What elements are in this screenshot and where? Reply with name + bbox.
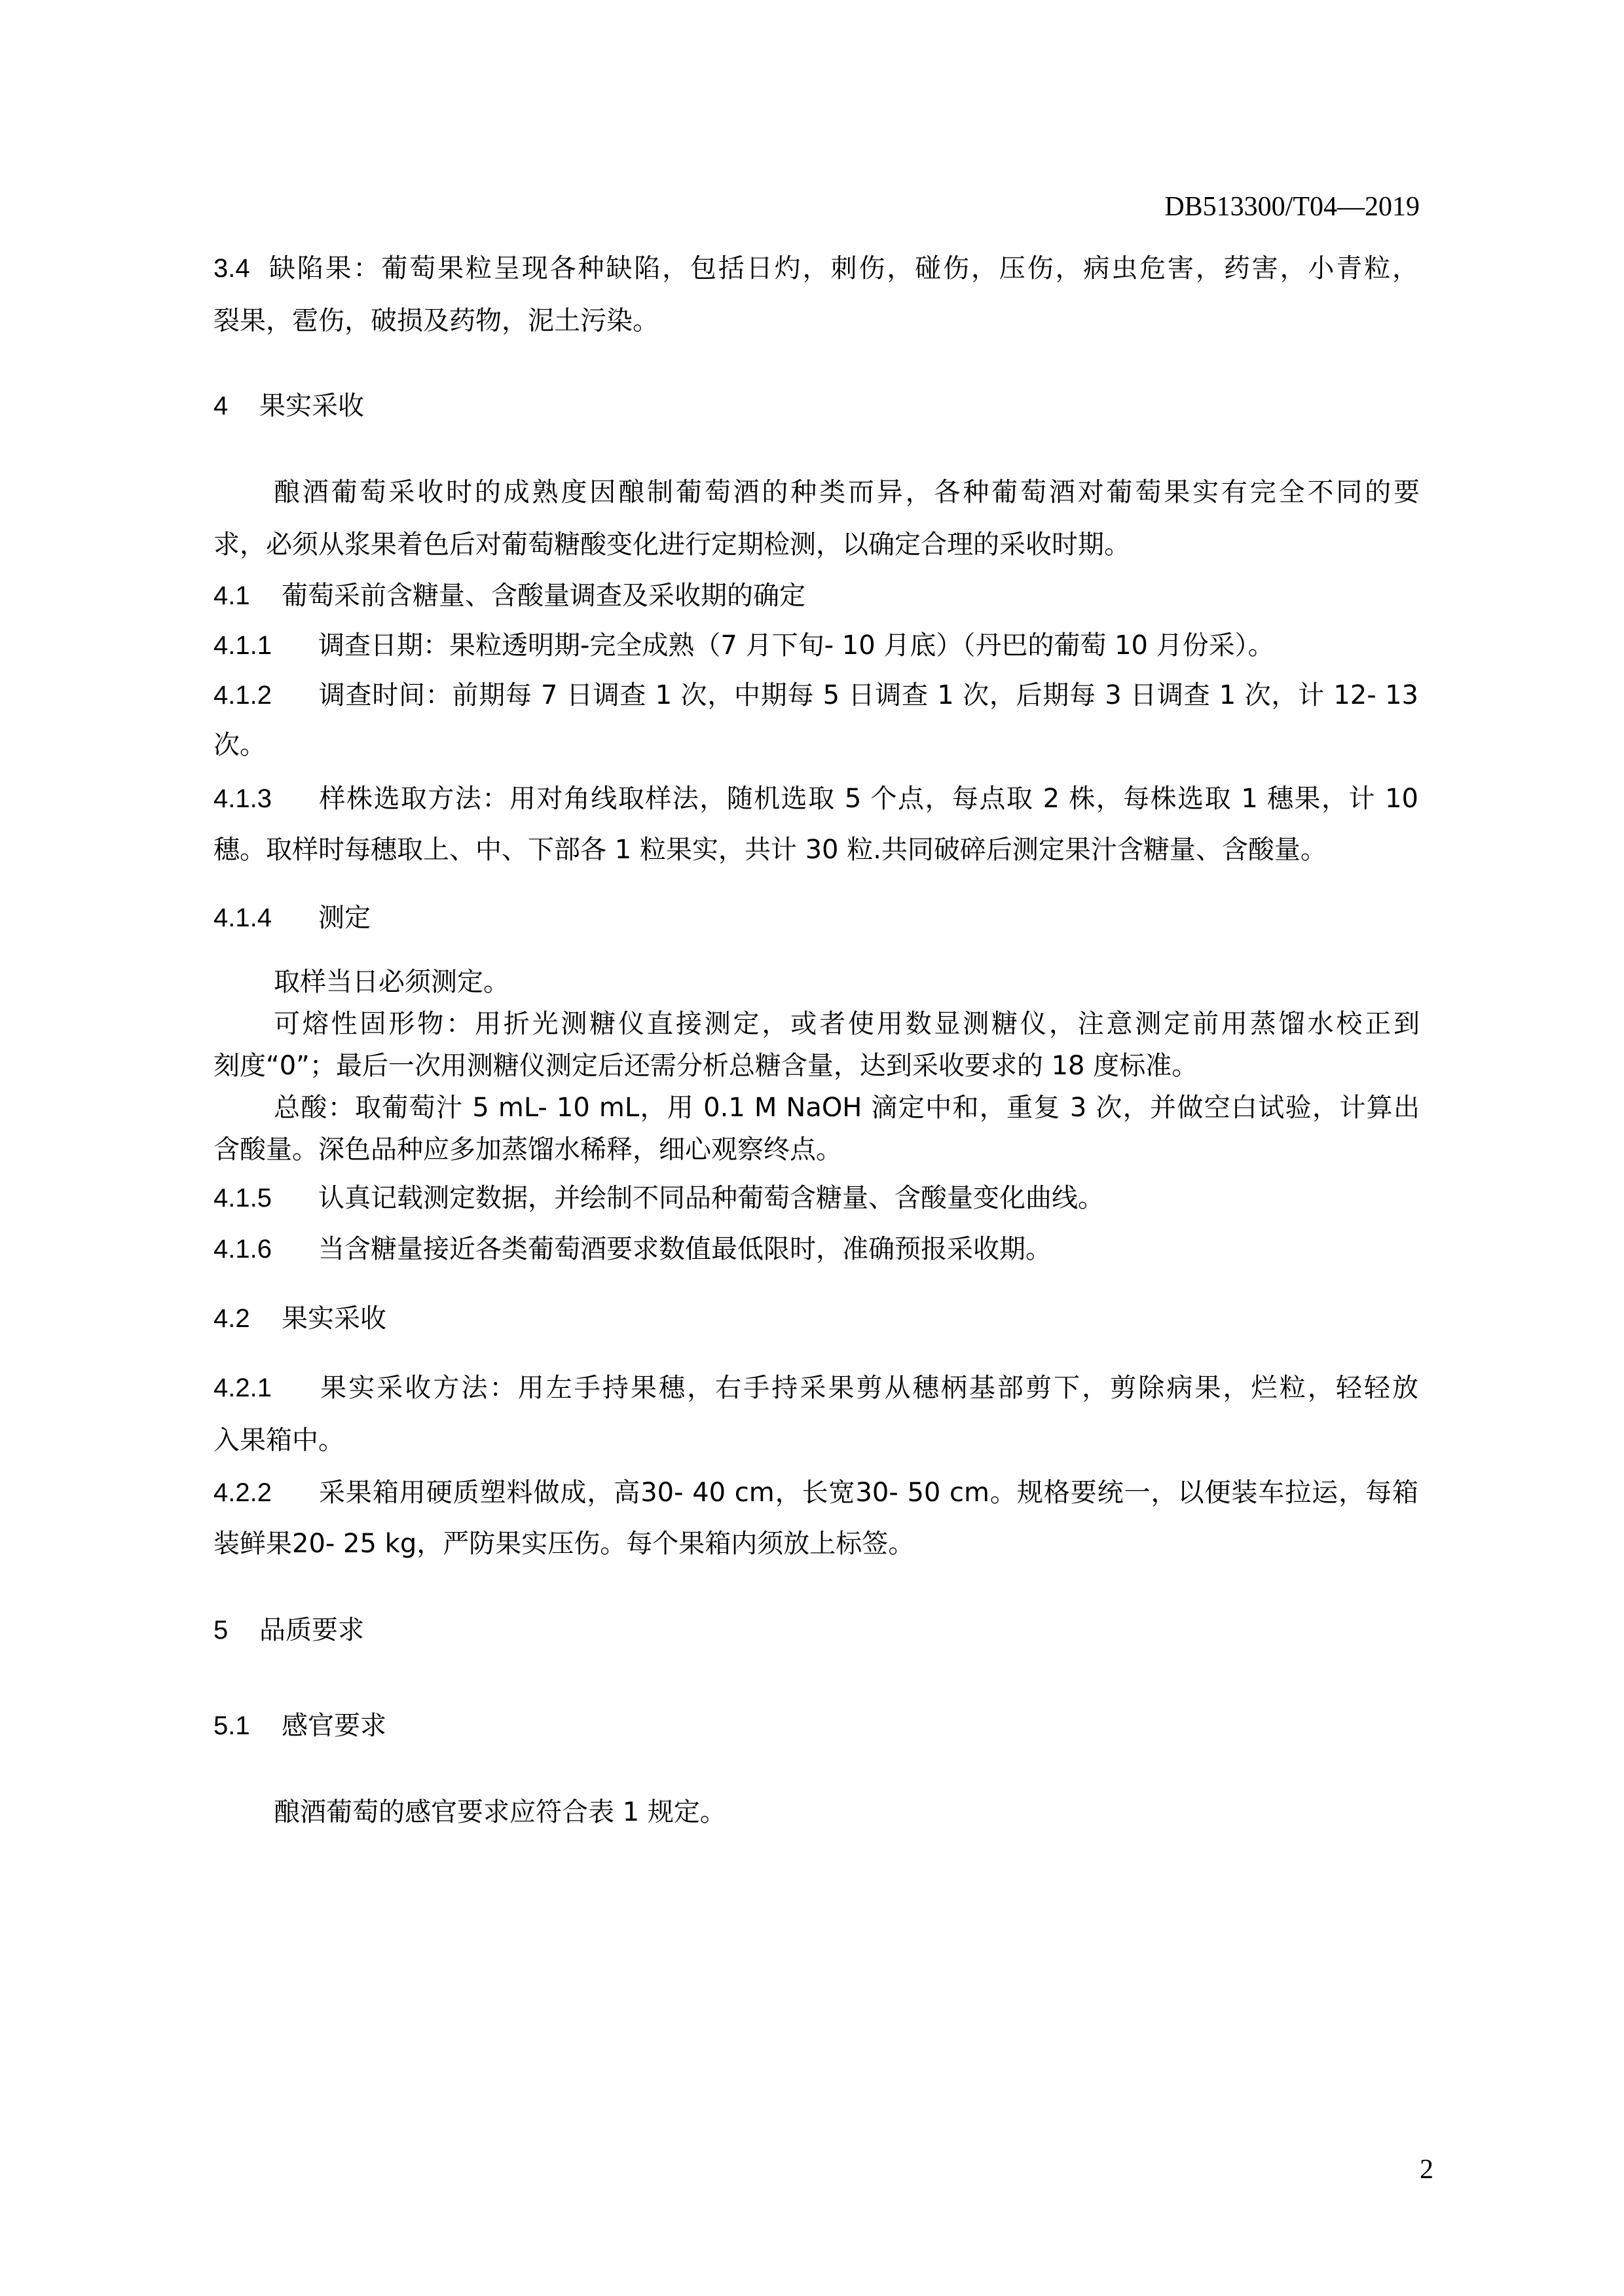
clause-4-1-4-heading: 4.1.4测定	[213, 902, 1418, 934]
clause-4-1-5: 4.1.5认真记载测定数据，并绘制不同品种葡萄含糖量、含酸量变化曲线。	[213, 1182, 1418, 1214]
clause-3-4-line-2: 裂果，雹伤，破损及药物，泥土污染。	[213, 305, 1418, 337]
clause-4-1-3-line-2: 穗。取样时每穗取上、中、下部各 1 粒果实，共计 30 粒.共同破碎后测定果汁含…	[213, 834, 1418, 866]
clause-5-1-heading: 5.1感官要求	[213, 1710, 1418, 1741]
standard-code: DB513300/T04—2019	[1164, 191, 1420, 223]
section-5-heading: 5品质要求	[213, 1614, 1418, 1646]
clause-4-1-4-p2-line-2: 刻度“0”；最后一次用测糖仪测定后还需分析总糖含量，达到采收要求的 18 度标准…	[213, 1050, 1418, 1082]
clause-4-1-4-p2-line-1: 可熔性固形物：用折光测糖仪直接测定，或者使用数显测糖仪，注意测定前用蒸馏水校正到	[274, 1008, 1420, 1040]
section-4-intro-line-2: 求，必须从浆果着色后对葡萄糖酸变化进行定期检测，以确定合理的采收时期。	[213, 529, 1418, 560]
section-title: 果实采收	[259, 391, 364, 421]
clause-number: 3.4	[213, 253, 267, 284]
section-number: 4	[213, 390, 259, 422]
clause-4-1-3-line-1: 4.1.3样株选取方法：用对角线取样法，随机选取 5 个点，每点取 2 株，每株…	[213, 783, 1418, 814]
clause-4-2-1-line-2: 入果箱中。	[213, 1425, 1418, 1456]
clause-3-4-line-1: 3.4缺陷果：葡萄果粒呈现各种缺陷，包括日灼，刺伤，碰伤，压伤，病虫危害，药害，…	[213, 253, 1418, 284]
section-4-intro-line-1: 酿酒葡萄采收时的成熟度因酿制葡萄酒的种类而异，各种葡萄酒对葡萄果实有完全不同的要	[274, 477, 1420, 508]
clause-5-1-text: 酿酒葡萄的感官要求应符合表 1 规定。	[274, 1796, 1420, 1828]
document-page: DB513300/T04—2019 3.4缺陷果：葡萄果粒呈现各种缺陷，包括日灼…	[0, 0, 1624, 2296]
clause-4-2-heading: 4.2果实采收	[213, 1303, 1418, 1334]
clause-4-1-4-p3-line-2: 含酸量。深色品种应多加蒸馏水稀释，细心观察终点。	[213, 1134, 1418, 1165]
page-number: 2	[1420, 2154, 1433, 2185]
clause-4-2-2-line-1: 4.2.2采果箱用硬质塑料做成，高30- 40 cm，长宽30- 50 cm。规…	[213, 1477, 1418, 1508]
clause-4-2-1-line-1: 4.2.1果实采收方法：用左手持果穗，右手持采果剪从穗柄基部剪下，剪除病果，烂粒…	[213, 1372, 1418, 1404]
section-4-heading: 4果实采收	[213, 390, 1418, 422]
clause-4-1-2-line-1: 4.1.2调查时间：前期每 7 日调查 1 次，中期每 5 日调查 1 次，后期…	[213, 680, 1418, 711]
clause-4-1-4-p1: 取样当日必须测定。	[274, 966, 1420, 998]
clause-4-1-1: 4.1.1调查日期：果粒透明期-完全成熟（7 月下旬- 10 月底）（丹巴的葡萄…	[213, 630, 1418, 661]
clause-4-1-6: 4.1.6当含糖量接近各类葡萄酒要求数值最低限时，准确预报采收期。	[213, 1233, 1418, 1265]
clause-4-2-2-line-2: 装鲜果20- 25 kg，严防果实压伤。每个果箱内须放上标签。	[213, 1528, 1418, 1559]
clause-4-1-2-line-2: 次。	[213, 729, 1418, 761]
clause-4-1-heading: 4.1葡萄采前含糖量、含酸量调查及采收期的确定	[213, 580, 1418, 611]
clause-4-1-4-p3-line-1: 总酸：取葡萄汁 5 mL- 10 mL，用 0.1 M NaOH 滴定中和，重复…	[274, 1092, 1420, 1123]
